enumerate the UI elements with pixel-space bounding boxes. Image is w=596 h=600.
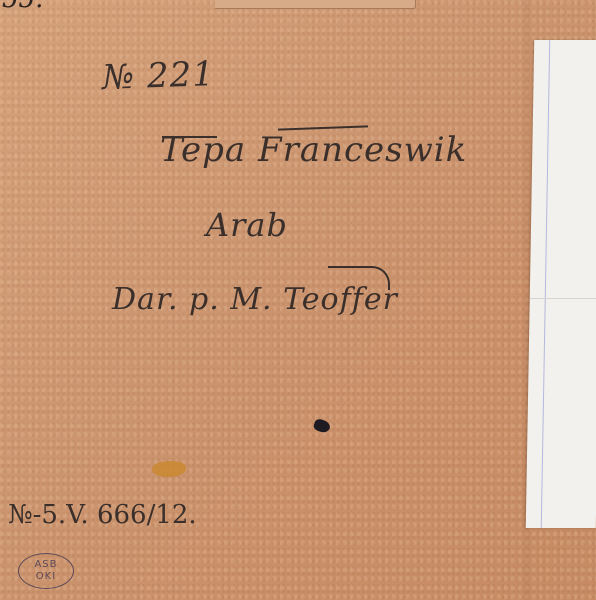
archive-stamp: ASB OKI bbox=[18, 553, 74, 589]
ink-blot bbox=[312, 418, 331, 435]
subtitle-handwriting: Arab bbox=[206, 206, 288, 244]
fold-line bbox=[530, 298, 596, 299]
donor-handwriting: Dar. p. M. Teoffer bbox=[112, 282, 398, 317]
attached-paper-strip bbox=[215, 0, 416, 9]
cardboard-label: 55. № 221 Tepa Franceswik Arab Dar. p. M… bbox=[0, 0, 596, 600]
title-handwriting: Tepa Franceswik bbox=[160, 130, 467, 170]
stamp-line-1: ASB bbox=[19, 559, 73, 571]
stamp-line-2: OKI bbox=[19, 571, 73, 583]
inventory-number: №-5.V. 666/12. bbox=[8, 500, 197, 530]
margin-rule bbox=[541, 40, 551, 528]
stain-mark bbox=[152, 461, 186, 477]
catalog-number: № 221 bbox=[101, 54, 215, 98]
ruled-paper-slip bbox=[526, 40, 596, 528]
corner-number: 55. bbox=[2, 0, 43, 14]
